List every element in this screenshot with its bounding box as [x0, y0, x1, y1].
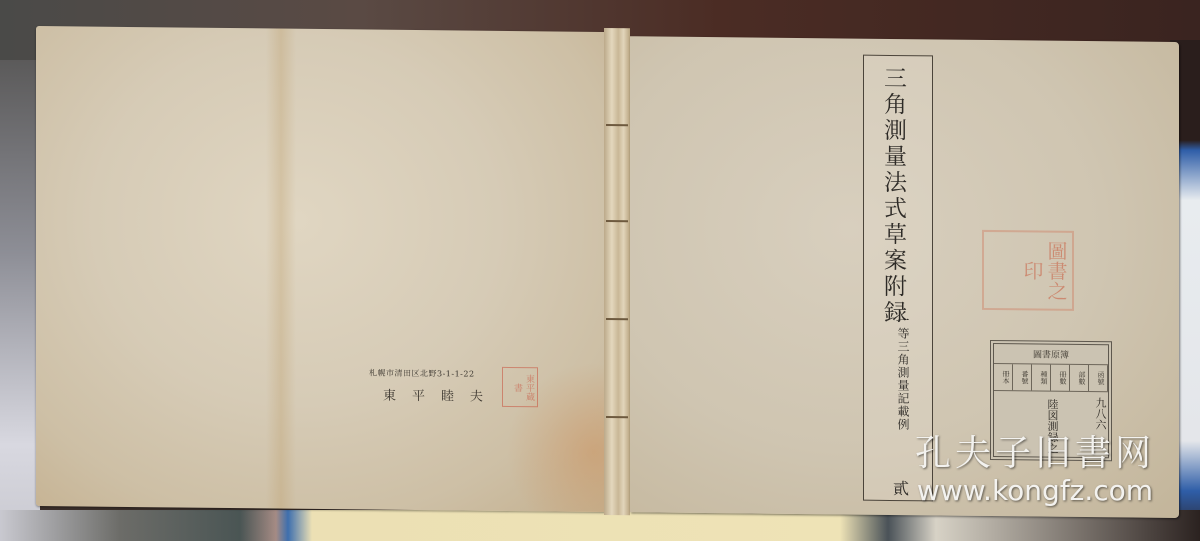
- owner-stamp: 札幌市清田区北野3-1-1-22 東平睦夫: [369, 368, 569, 406]
- book-subtitle: 一等三角測量記載例: [878, 314, 910, 434]
- owner-address: 札幌市清田区北野3-1-1-22: [369, 368, 569, 381]
- catalog-column: 冊數: [1051, 365, 1070, 391]
- back-cover: 札幌市清田区北野3-1-1-22 東平睦夫 東平蔵書: [36, 26, 614, 512]
- catalog-column: 冊本: [994, 364, 1013, 390]
- watermark-url: www.kongfz.com: [900, 474, 1170, 507]
- catalog-column: 函號: [1089, 365, 1108, 391]
- catalog-column: 部數: [1070, 365, 1089, 391]
- owner-red-seal: 東平蔵書: [502, 367, 538, 407]
- spine-stitch: [606, 416, 628, 418]
- catalog-label-columns: 冊本 番號 種類 冊數 部數 函號: [994, 364, 1108, 392]
- spine-stitch: [606, 220, 628, 222]
- watermark-chinese: 孔夫子旧書网: [900, 425, 1170, 476]
- spine-stitch: [606, 124, 628, 126]
- catalog-column: 種類: [1032, 364, 1051, 390]
- book-title: 三角測量法式草案附録: [874, 66, 912, 326]
- spine-stitch: [606, 318, 628, 320]
- catalog-label-header: 圖書原簿: [994, 344, 1108, 365]
- library-red-seal: 圖書之印: [982, 230, 1074, 311]
- watermark: 孔夫子旧書网 www.kongfz.com: [900, 425, 1170, 507]
- book-spine: [604, 28, 630, 515]
- catalog-column: 番號: [1013, 364, 1032, 390]
- owner-name: 東平睦夫: [383, 385, 569, 406]
- background-left-object: [0, 60, 40, 541]
